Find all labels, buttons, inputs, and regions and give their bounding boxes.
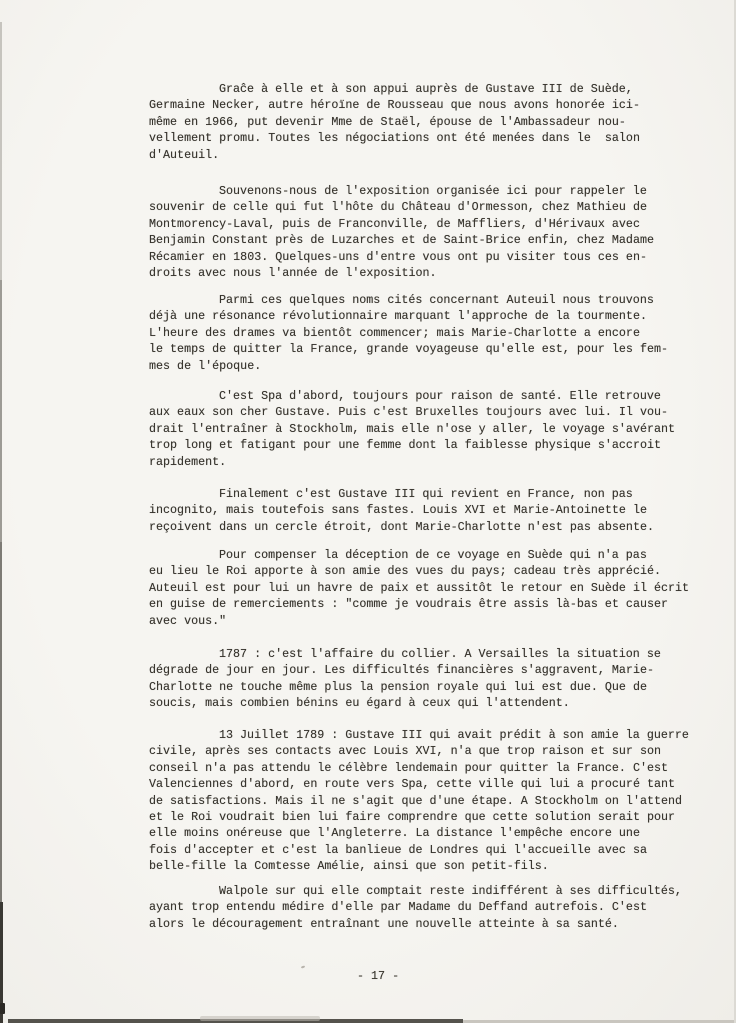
text-line: droits avec nous l'année de l'exposition… xyxy=(149,265,729,281)
text-line: souvenir de celle qui fut l'hôte du Chât… xyxy=(149,199,729,215)
scan-smudge xyxy=(200,1016,320,1021)
text-line: soucis, mais combien bénins eu égard à c… xyxy=(149,695,729,711)
paragraph: Finalement c'est Gustave III qui revient… xyxy=(149,486,729,535)
text-line: dégrade de jour en jour. Les difficultés… xyxy=(149,662,729,678)
text-line: en guise de remerciements : "comme je vo… xyxy=(149,596,729,612)
paragraph: Walpole sur qui elle comptait reste indi… xyxy=(149,883,729,932)
text-line: le temps de quitter la France, grande vo… xyxy=(149,341,729,357)
paragraph: 13 Juillet 1789 : Gustave III qui avait … xyxy=(149,727,729,875)
text-line: déjà une résonance révolutionnaire marqu… xyxy=(149,308,729,324)
page-number: - 17 - xyxy=(357,969,399,983)
text-line: elle moins onéreuse que l'Angleterre. La… xyxy=(149,825,729,841)
text-line: Montmorency-Laval, puis de Franconville,… xyxy=(149,216,729,232)
paragraph: Parmi ces quelques noms cités concernant… xyxy=(149,292,729,374)
text-line: Récamier en 1803. Quelques-uns d'entre v… xyxy=(149,249,729,265)
text-line: civile, après ses contacts avec Louis XV… xyxy=(149,743,729,759)
text-line: 13 Juillet 1789 : Gustave III qui avait … xyxy=(149,727,729,743)
text-line: Graĉe à elle et à son appui auprès de Gu… xyxy=(149,81,729,97)
scan-edge-artifact xyxy=(0,22,2,280)
text-line: conseil n'a pas attendu le célèbre lende… xyxy=(149,760,729,776)
text-line: même en 1966, put devenir Mme de Staël, … xyxy=(149,114,729,130)
text-line: mes de l'époque. xyxy=(149,358,729,374)
text-line: Finalement c'est Gustave III qui revient… xyxy=(149,486,729,502)
text-line: 1787 : c'est l'affaire du collier. A Ver… xyxy=(149,646,729,662)
text-line: incognito, mais toutefois sans fastes. L… xyxy=(149,502,729,518)
scan-edge-artifact xyxy=(0,280,2,542)
scan-corner-blob xyxy=(0,1003,5,1014)
scan-edge-artifact xyxy=(0,542,2,902)
text-line: Pour compenser la déception de ce voyage… xyxy=(149,547,729,563)
text-line: Valenciennes d'abord, en route vers Spa,… xyxy=(149,776,729,792)
text-line: d'Auteuil. xyxy=(149,147,729,163)
paragraph: 1787 : c'est l'affaire du collier. A Ver… xyxy=(149,646,729,712)
text-line: trop long et fatigant pour une femme don… xyxy=(149,437,729,453)
paragraph: Souvenons-nous de l'exposition organisée… xyxy=(149,183,729,281)
text-line: Benjamin Constant près de Luzarches et d… xyxy=(149,232,729,248)
text-line: alors le découragement entraînant une no… xyxy=(149,916,729,932)
scanned-page: Graĉe à elle et à son appui auprès de Gu… xyxy=(0,0,736,1023)
text-line: drait l'entraîner à Stockholm, mais elle… xyxy=(149,421,729,437)
paragraph: C'est Spa d'abord, toujours pour raison … xyxy=(149,388,729,470)
text-line: reçoivent dans un cercle étroit, dont Ma… xyxy=(149,519,729,535)
paragraph: Graĉe à elle et à son appui auprès de Gu… xyxy=(149,81,729,163)
text-line: L'heure des drames va bientôt commencer;… xyxy=(149,325,729,341)
text-line: rapidement. xyxy=(149,454,729,470)
text-line: aux eaux son cher Gustave. Puis c'est Br… xyxy=(149,404,729,420)
text-line: belle-fille la Comtesse Amélie, ainsi qu… xyxy=(149,858,729,874)
text-line: ayant trop entendu médire d'elle par Mad… xyxy=(149,899,729,915)
text-line: C'est Spa d'abord, toujours pour raison … xyxy=(149,388,729,404)
text-line: Auteuil est pour lui un havre de paix et… xyxy=(149,580,729,596)
text-line: Charlotte ne touche même plus la pension… xyxy=(149,679,729,695)
text-line: de satisfactions. Mais il ne s'agit que … xyxy=(149,793,729,809)
text-line: Souvenons-nous de l'exposition organisée… xyxy=(149,183,729,199)
text-line: Parmi ces quelques noms cités concernant… xyxy=(149,292,729,308)
text-line: vellement promu. Toutes les négociations… xyxy=(149,130,729,146)
text-line: Germaine Necker, autre héroïne de Rousse… xyxy=(149,97,729,113)
scan-speck xyxy=(301,965,305,968)
text-line: eu lieu le Roi apporte à son amie des vu… xyxy=(149,563,729,579)
text-line: fois d'accepter et c'est la banlieue de … xyxy=(149,842,729,858)
text-line: Walpole sur qui elle comptait reste indi… xyxy=(149,883,729,899)
text-line: et le Roi voudrait bien lui faire compre… xyxy=(149,809,729,825)
paragraph: Pour compenser la déception de ce voyage… xyxy=(149,547,729,629)
text-line: avec vous." xyxy=(149,613,729,629)
